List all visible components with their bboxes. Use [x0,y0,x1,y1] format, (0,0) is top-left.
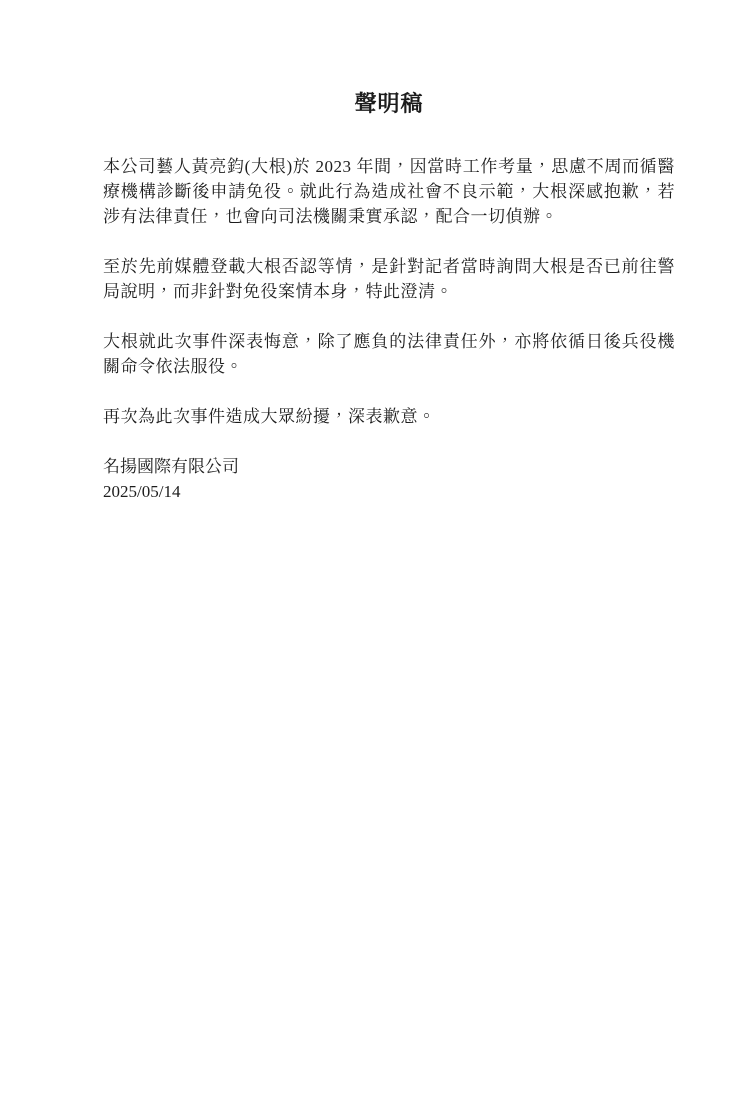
signature-block: 名揚國際有限公司 2025/05/14 [103,454,675,504]
paragraph-clarification: 至於先前媒體登載大根否認等情，是針對記者當時詢問大根是否已前往警局說明，而非針對… [103,254,675,304]
paragraph-apology: 本公司藝人黃亮鈞(大根)於 2023 年間，因當時工作考量，思慮不周而循醫療機構… [103,154,675,229]
statement-page: 聲明稿 本公司藝人黃亮鈞(大根)於 2023 年間，因當時工作考量，思慮不周而循… [0,0,750,1104]
signature-company: 名揚國際有限公司 [103,454,675,479]
signature-date: 2025/05/14 [103,479,675,504]
paragraph-remorse: 大根就此次事件深表悔意，除了應負的法律責任外，亦將依循日後兵役機關命令依法服役。 [103,329,675,379]
document-title: 聲明稿 [103,89,675,119]
paragraph-final-apology: 再次為此次事件造成大眾紛擾，深表歉意。 [103,404,675,429]
document-body: 聲明稿 本公司藝人黃亮鈞(大根)於 2023 年間，因當時工作考量，思慮不周而循… [0,0,750,504]
